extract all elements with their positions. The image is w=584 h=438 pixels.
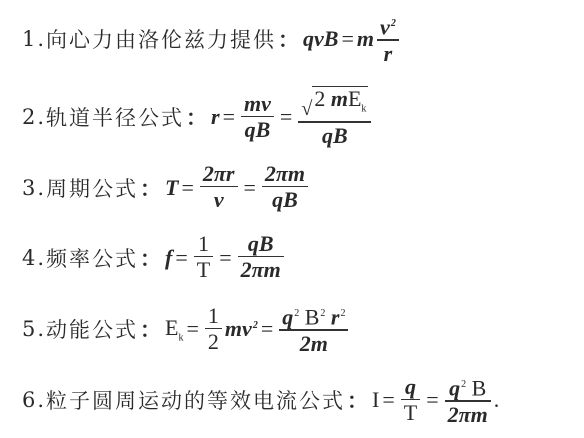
formula-5-f1-numerator: 1 bbox=[205, 304, 222, 328]
formula-2-fraction-2: √ 2 mEk qB bbox=[298, 86, 371, 149]
f2-sup-q: 2 bbox=[461, 379, 466, 390]
formula-2-f1-numerator: mv bbox=[241, 92, 274, 116]
formula-2: 2. 轨道半径公式 ： r = mv qB = √ 2 mEk qB bbox=[22, 86, 374, 149]
formula-3-index: 3. bbox=[22, 176, 46, 200]
formula-6-f2-denominator: 2πm bbox=[445, 402, 491, 428]
formula-2-eq1: = bbox=[223, 104, 235, 130]
formula-6-f1-denominator: T bbox=[401, 400, 420, 426]
formula-4: 4. 频率公式 ： f = 1 T = qB 2πm bbox=[22, 232, 287, 283]
formula-1-colon: ： bbox=[278, 24, 299, 54]
formula-3-fraction-2: 2πm qB bbox=[262, 162, 308, 213]
formula-5-eq1: = bbox=[187, 316, 199, 342]
f2-num-q: q bbox=[449, 375, 460, 400]
formula-1-num-v: v bbox=[380, 14, 390, 39]
sqrt-radicand: 2 mEk bbox=[312, 86, 368, 121]
formula-3: 3. 周期公式 ： T = 2πr v = 2πm qB bbox=[22, 162, 311, 213]
formula-1-numerator: v2 bbox=[377, 12, 399, 39]
formula-1-denominator: r bbox=[381, 41, 396, 67]
formula-5-colon: ： bbox=[140, 314, 161, 344]
formula-2-eq2: = bbox=[280, 104, 292, 130]
formula-4-f1-denominator: T bbox=[194, 257, 213, 283]
formula-6-fraction-1: q T bbox=[401, 375, 420, 426]
formula-4-f1-numerator: 1 bbox=[195, 232, 212, 256]
f2-num-q: q bbox=[282, 304, 293, 329]
formula-6-lhs: I bbox=[372, 387, 379, 413]
formula-6-end: . bbox=[494, 387, 500, 413]
formula-2-f1-denominator: qB bbox=[242, 117, 274, 143]
formula-5-lhs-E: E bbox=[165, 315, 178, 340]
formula-3-colon: ： bbox=[140, 173, 161, 203]
formula-6: 6. 粒子圆周运动的等效电流公式 ： I = q T = q2 B 2πm . bbox=[22, 373, 499, 428]
formula-5-mid-sup: 2 bbox=[253, 320, 258, 331]
f2-num-sub-k: k bbox=[361, 103, 366, 114]
formula-3-eq2: = bbox=[244, 175, 256, 201]
formula-4-eq1: = bbox=[175, 245, 187, 271]
formula-6-f2-numerator: q2 B bbox=[446, 373, 489, 400]
formula-1-label: 向心力由洛伦兹力提供 bbox=[46, 24, 276, 54]
formula-6-index: 6. bbox=[22, 388, 46, 412]
formula-6-math: I = q T = q2 B 2πm . bbox=[372, 373, 499, 428]
f2-num-2: 2 bbox=[314, 86, 325, 111]
formula-1-coef: m bbox=[357, 26, 374, 52]
formula-3-label: 周期公式 bbox=[46, 173, 138, 203]
f2-num-B: B bbox=[305, 304, 320, 329]
formula-4-index: 4. bbox=[22, 246, 46, 270]
formula-6-fraction-2: q2 B 2πm bbox=[445, 373, 491, 428]
formula-6-eq2: = bbox=[426, 387, 438, 413]
f2-num-m: m bbox=[331, 86, 348, 111]
formula-5-fraction-2: q2 B2 r2 2m bbox=[279, 302, 348, 357]
formula-4-fraction-2: qB 2πm bbox=[238, 232, 284, 283]
formula-2-lhs: r bbox=[211, 104, 220, 130]
f2-sup-r: 2 bbox=[340, 308, 345, 319]
formula-6-colon: ： bbox=[347, 385, 368, 415]
formula-5-f2-denominator: 2m bbox=[297, 331, 331, 357]
formula-5-mid-mv: mv bbox=[225, 316, 252, 341]
formula-4-lhs: f bbox=[165, 245, 172, 271]
formula-1-lhs: qvB bbox=[303, 26, 338, 52]
formula-4-eq2: = bbox=[219, 245, 231, 271]
formula-4-fraction-1: 1 T bbox=[194, 232, 213, 283]
formula-2-colon: ： bbox=[186, 102, 207, 132]
f2-num-r: r bbox=[331, 304, 340, 329]
formula-4-label: 频率公式 bbox=[46, 243, 138, 273]
formula-5-lhs: Ek bbox=[165, 315, 183, 343]
formula-1-math: qvB = m v2 r bbox=[303, 12, 402, 67]
f2-num-E: E bbox=[348, 86, 361, 111]
sqrt: √ 2 mEk bbox=[301, 86, 368, 121]
formula-4-math: f = 1 T = qB 2πm bbox=[165, 232, 287, 283]
f2-sup-q: 2 bbox=[294, 308, 299, 319]
formula-6-eq1: = bbox=[382, 387, 394, 413]
formula-5-eq2: = bbox=[261, 316, 273, 342]
formula-5-f1-denominator: 2 bbox=[205, 329, 222, 355]
formula-5: 5. 动能公式 ： Ek = 1 2 mv2 = q2 B2 r2 2m bbox=[22, 302, 351, 357]
formula-1: 1. 向心力由洛伦兹力提供 ： qvB = m v2 r bbox=[22, 12, 402, 67]
f2-sup-B: 2 bbox=[320, 308, 325, 319]
f2-num-B: B bbox=[472, 375, 487, 400]
formula-1-fraction: v2 r bbox=[377, 12, 399, 67]
formula-3-f2-numerator: 2πm bbox=[262, 162, 308, 186]
formula-4-f2-denominator: 2πm bbox=[238, 257, 284, 283]
formula-2-math: r = mv qB = √ 2 mEk qB bbox=[211, 86, 374, 149]
formula-1-index: 1. bbox=[22, 27, 46, 51]
formula-5-lhs-sub: k bbox=[179, 333, 184, 344]
formula-1-eq: = bbox=[342, 26, 354, 52]
formula-2-label: 轨道半径公式 bbox=[46, 102, 184, 132]
formula-5-mid: mv2 bbox=[225, 316, 258, 342]
formula-3-fraction-1: 2πr v bbox=[200, 162, 238, 213]
formula-3-f1-denominator: v bbox=[211, 187, 227, 213]
formula-2-index: 2. bbox=[22, 105, 46, 129]
formula-3-lhs: T bbox=[165, 175, 178, 201]
formula-2-f2-denominator: qB bbox=[319, 123, 351, 149]
formula-1-num-sup: 2 bbox=[391, 18, 396, 29]
formula-3-eq1: = bbox=[182, 175, 194, 201]
formula-3-f2-denominator: qB bbox=[269, 187, 301, 213]
formula-5-index: 5. bbox=[22, 317, 46, 341]
formula-6-label: 粒子圆周运动的等效电流公式 bbox=[46, 385, 345, 415]
formula-5-fraction-1: 1 2 bbox=[205, 304, 222, 355]
formula-5-label: 动能公式 bbox=[46, 314, 138, 344]
formula-5-math: Ek = 1 2 mv2 = q2 B2 r2 2m bbox=[165, 302, 351, 357]
formula-2-f2-numerator: √ 2 mEk bbox=[298, 86, 371, 121]
sqrt-icon: √ bbox=[301, 97, 312, 121]
formula-3-f1-numerator: 2πr bbox=[200, 162, 238, 186]
formula-3-math: T = 2πr v = 2πm qB bbox=[165, 162, 311, 213]
formula-4-colon: ： bbox=[140, 243, 161, 273]
formula-6-f1-numerator: q bbox=[402, 375, 419, 399]
formula-4-f2-numerator: qB bbox=[245, 232, 277, 256]
formula-5-f2-numerator: q2 B2 r2 bbox=[279, 302, 348, 329]
formula-2-fraction-1: mv qB bbox=[241, 92, 274, 143]
